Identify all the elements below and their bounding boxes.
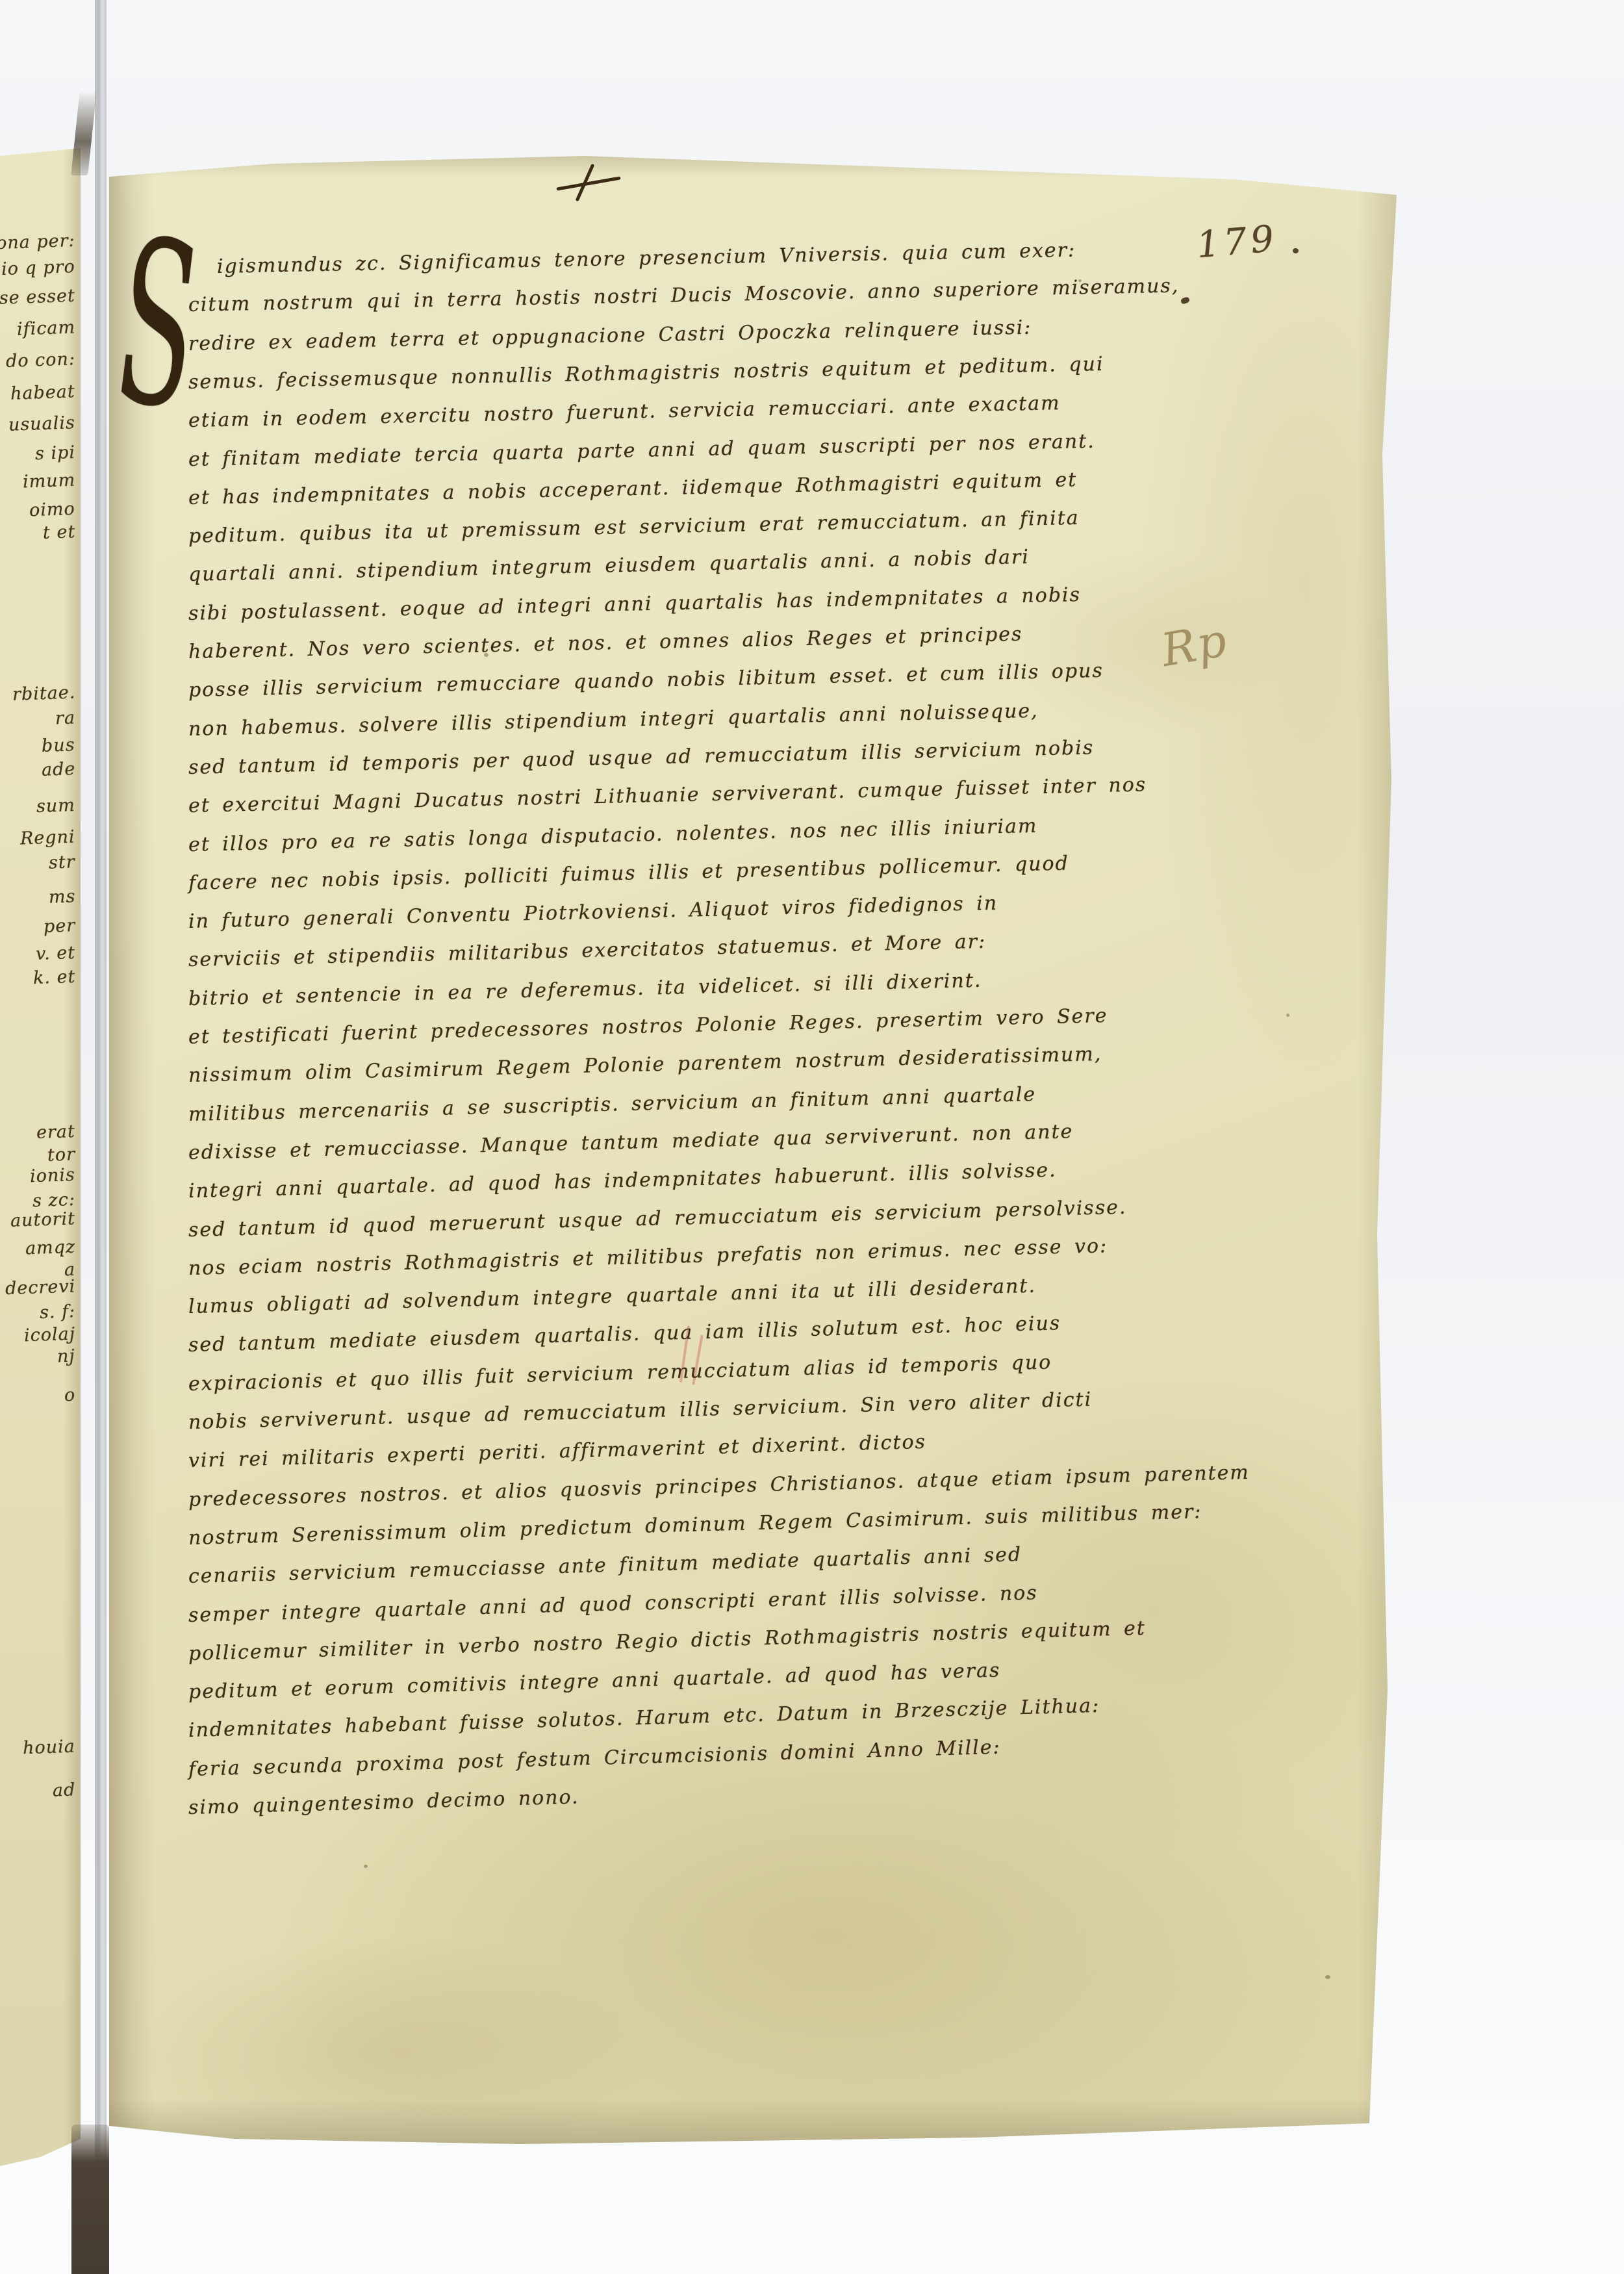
scan-background: { "scan": { "description": "Scanned manu… bbox=[0, 0, 1624, 2274]
manuscript-line: facere nec nobis ipsis. polliciti fuimus… bbox=[188, 852, 1070, 895]
binding-rod bbox=[95, 0, 107, 2274]
manuscript-line: et illos pro ea re satis longa disputaci… bbox=[188, 814, 1038, 856]
left-page-edge-shadow bbox=[64, 0, 81, 2274]
page-top-edge-shadow bbox=[104, 153, 1403, 187]
manuscript-line: militibus mercenariis a se suscriptis. s… bbox=[188, 1083, 1037, 1126]
manuscript-line: sed tantum mediate eiusdem quartalis. qu… bbox=[188, 1312, 1061, 1357]
page-bottom-edge-shadow bbox=[109, 2099, 1382, 2145]
page-right-edge-shadow bbox=[1358, 182, 1398, 2131]
manuscript-line: expiracionis et quo illis fuit servicium… bbox=[188, 1351, 1052, 1396]
paper-speck bbox=[1286, 1014, 1289, 1017]
manuscript-line: nissimum olim Casimirum Regem Polonie pa… bbox=[188, 1043, 1102, 1087]
marginal-rp-mark: Rp bbox=[1158, 613, 1232, 677]
manuscript-line: sed tantum id quod meruerunt usque ad re… bbox=[188, 1195, 1127, 1241]
manuscript-line: nos eciam nostris Rothmagistris et milit… bbox=[188, 1234, 1108, 1280]
left-page-edge: ona per:io q prosse essetificamdo con:ha… bbox=[0, 0, 81, 2274]
manuscript-line: et has indempnitates a nobis acceperant.… bbox=[188, 468, 1078, 509]
manuscript-line: sibi postulassent. eoque ad integri anni… bbox=[188, 583, 1082, 625]
gutter-shadow-bottom bbox=[71, 2125, 109, 2274]
folio-number-dot bbox=[1293, 248, 1299, 253]
manuscript-page: 179 Rp S igismundus zc. Significamus ten… bbox=[0, 0, 1624, 2274]
folio-number: 179 bbox=[1195, 218, 1279, 267]
manuscript-line: in futuro generali Conventu Piotrkoviens… bbox=[188, 892, 998, 933]
manuscript-line: redire ex eadem terra et oppugnacione Ca… bbox=[188, 316, 1032, 355]
manuscript-line: et exercitui Magni Ducatus nostri Lithua… bbox=[188, 773, 1147, 817]
manuscript-line: quartali anni. stipendium integrum eiusd… bbox=[188, 546, 1030, 586]
manuscript-line: semus. fecissemusque nonnullis Rothmagis… bbox=[188, 353, 1104, 394]
manuscript-line: serviciis et stipendiis militaribus exer… bbox=[188, 930, 987, 971]
manuscript-line: non habemus. solvere illis stipendium in… bbox=[188, 699, 1039, 740]
manuscript-line: citum nostrum qui in terra hostis nostri… bbox=[188, 275, 1180, 317]
manuscript-line: bitrio et sentencie in ea re deferemus. … bbox=[188, 969, 982, 1010]
manuscript-line: igismundus zc. Significamus tenore prese… bbox=[217, 239, 1076, 278]
manuscript-line: edixisse et remucciasse. Manque tantum m… bbox=[188, 1120, 1074, 1164]
manuscript-line: integri anni quartale. ad quod has indem… bbox=[188, 1159, 1057, 1203]
manuscript-line: lumus obligati ad solvendum integre quar… bbox=[188, 1275, 1037, 1318]
paper-speck bbox=[364, 1865, 368, 1868]
gutter-shadow-top bbox=[71, 91, 97, 175]
manuscript-line: viri rei militaris experti periti. affir… bbox=[188, 1431, 927, 1472]
manuscript-line: et finitam mediate tercia quarta parte a… bbox=[188, 429, 1095, 470]
manuscript-line: et testificati fuerint predecessores nos… bbox=[188, 1004, 1108, 1049]
paper-speck bbox=[1325, 1975, 1330, 1979]
manuscript-line: peditum. quibus ita ut premissum est ser… bbox=[188, 507, 1080, 548]
manuscript-line: sed tantum id temporis per quod usque ad… bbox=[188, 736, 1095, 779]
manuscript-line: haberent. Nos vero scientes. et nos. et … bbox=[188, 623, 1023, 663]
manuscript-line: etiam in eodem exercitu nostro fuerunt. … bbox=[188, 392, 1061, 432]
manuscript-line: posse illis servicium remucciare quando … bbox=[188, 659, 1104, 702]
paper-stain bbox=[1013, 546, 1286, 741]
